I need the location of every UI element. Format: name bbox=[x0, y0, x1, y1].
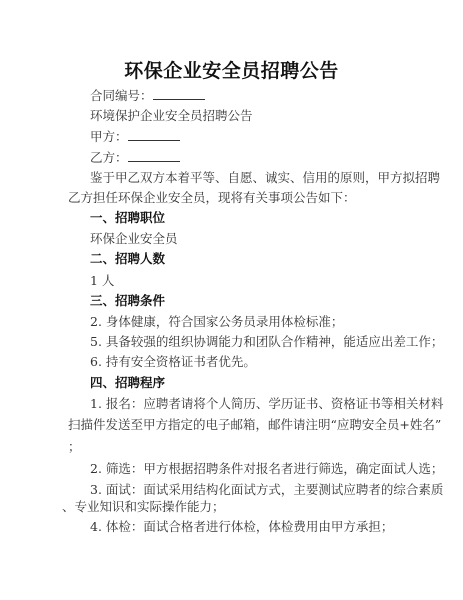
section-heading-conditions: 三、招聘条件 bbox=[90, 293, 165, 309]
procedure-line: 2. 筛选：甲方根据招聘条件对报名者进行筛选，确定面试人选； bbox=[90, 461, 443, 477]
section-heading-position: 一、招聘职位 bbox=[90, 210, 165, 226]
contract-number-label: 合同编号： bbox=[90, 88, 153, 103]
party-a-label: 甲方： bbox=[90, 129, 128, 144]
document-subtitle: 环境保护企业安全员招聘公告 bbox=[90, 108, 253, 124]
procedure-line: 1. 报名：应聘者请将个人简历、学历证书、资格证书等相关材料 bbox=[90, 396, 443, 412]
party-a-field: 甲方： bbox=[90, 129, 180, 145]
intro-paragraph-line-2: 乙方担任环保企业安全员，现将有关事项公告如下： bbox=[68, 190, 356, 206]
section-heading-procedure: 四、招聘程序 bbox=[90, 375, 165, 391]
party-b-field: 乙方： bbox=[90, 150, 180, 166]
intro-paragraph-line-1: 鉴于甲乙双方本着平等、自愿、诚实、信用的原则，甲方拟招聘 bbox=[90, 170, 440, 186]
section-text: 1 人 bbox=[90, 273, 114, 289]
document-title: 环保企业安全员招聘公告 bbox=[0, 56, 463, 83]
condition-item: 5. 具备较强的组织协调能力和团队合作精神，能适应出差工作； bbox=[90, 334, 443, 350]
procedure-line: 4. 体检：面试合格者进行体检，体检费用由甲方承担； bbox=[90, 519, 393, 535]
procedure-line: 扫描件发送至甲方指定的电子邮箱，邮件请注明“应聘安全员+姓名” bbox=[68, 417, 441, 433]
condition-item: 6. 持有安全资格证书者优先。 bbox=[90, 354, 256, 370]
party-b-label: 乙方： bbox=[90, 150, 128, 165]
document-page: 环保企业安全员招聘公告 合同编号： 环境保护企业安全员招聘公告 甲方： 乙方： … bbox=[0, 0, 463, 600]
procedure-line: 3. 面试：面试采用结构化面试方式，主要测试应聘者的综合素质 bbox=[90, 482, 443, 498]
section-text: 环保企业安全员 bbox=[90, 231, 178, 247]
party-a-blank bbox=[128, 130, 180, 141]
contract-number-blank bbox=[153, 89, 205, 100]
contract-number-field: 合同编号： bbox=[90, 88, 205, 104]
condition-item: 2. 身体健康，符合国家公务员录用体检标准； bbox=[90, 314, 343, 330]
procedure-line: 、专业知识和实际操作能力； bbox=[62, 499, 225, 515]
section-heading-count: 二、招聘人数 bbox=[90, 251, 165, 267]
procedure-line: ； bbox=[68, 439, 81, 455]
party-b-blank bbox=[128, 151, 180, 162]
